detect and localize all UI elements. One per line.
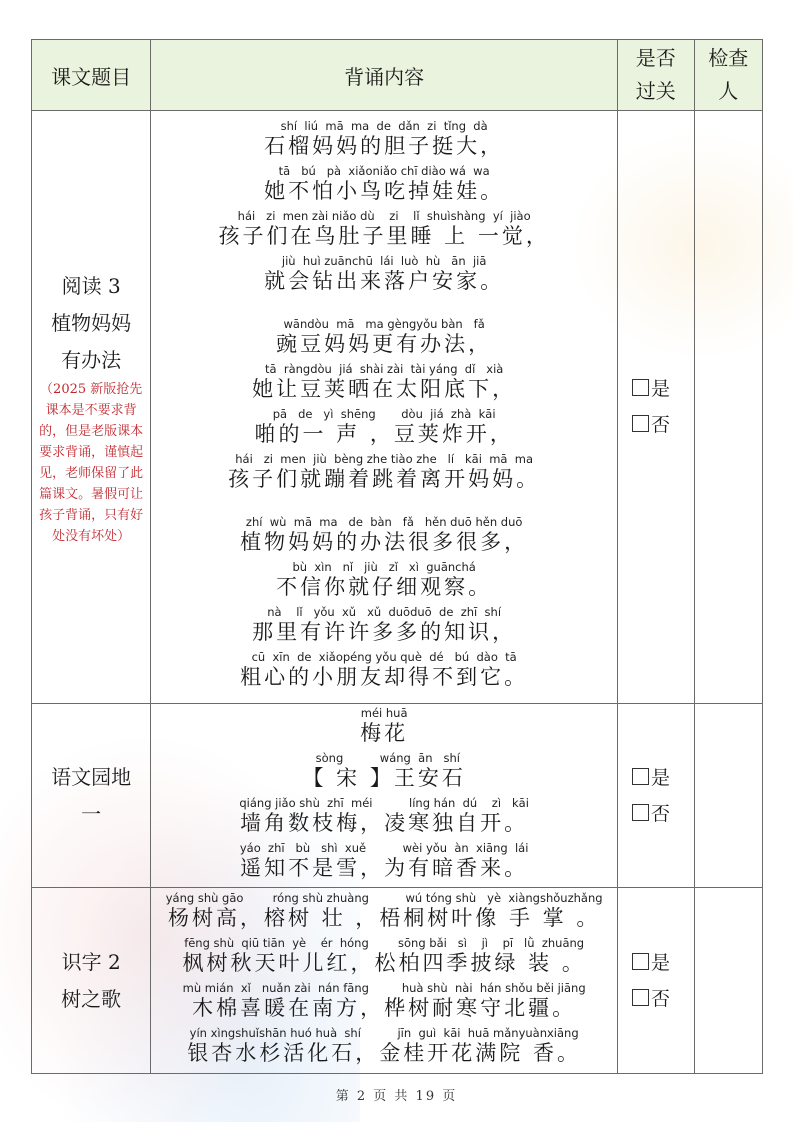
pinyin-line: wāndòu mā ma gèngyǒu bàn fǎ — [151, 317, 617, 331]
checkbox-yes[interactable]: 是 — [618, 760, 694, 796]
text-line: 粗心的小朋友却得不到它。 — [151, 664, 617, 690]
pinyin-line: fēng shù qiū tiān yè ér hóng sōng bǎi sì… — [151, 936, 617, 950]
text-line: 就会钻出来落户安家。 — [151, 268, 617, 294]
lesson-title-line: 有办法 — [32, 342, 150, 379]
pinyin-line: pā de yì shēng dòu jiá zhà kāi — [151, 407, 617, 421]
pinyin-line: cū xīn de xiǎopéng yǒu què dé bú dào tā — [151, 650, 617, 664]
lesson-title-line: 一 — [32, 796, 150, 833]
pinyin-line: zhí wù mā ma de bàn fǎ hěn duō hěn duō — [151, 515, 617, 529]
text-line: 银杏水杉活化石，金桂开花满院 香。 — [151, 1040, 617, 1066]
checkbox-yes[interactable]: 是 — [618, 945, 694, 981]
table-header-row: 课文题目 背诵内容 是否 过关 检查 人 — [32, 40, 763, 111]
recitation-content: yáng shù gāo róng shù zhuàng wú tóng shù… — [151, 888, 618, 1074]
lesson-title-line: 阅读 3 — [32, 268, 150, 305]
text-line: 木棉喜暖在南方，桦树耐寒守北疆。 — [151, 995, 617, 1021]
table-row: 阅读 3 植物妈妈 有办法 （2025 新版抢先课本是不要求背的，但是老版课本要… — [32, 111, 763, 704]
poem-title: 梅花 — [151, 720, 617, 746]
lesson-title-cell: 语文园地 一 — [32, 704, 151, 888]
text-line: 石榴妈妈的胆子挺大， — [151, 133, 617, 159]
lesson-title-cell: 识字 2 树之歌 — [32, 888, 151, 1074]
checkbox-icon[interactable] — [632, 379, 649, 396]
pinyin-line: méi huā — [151, 706, 617, 720]
pinyin-line: shí liú mā ma de dǎn zi tǐng dà — [151, 119, 617, 133]
text-line: 枫树秋天叶儿红，松柏四季披绿 装 。 — [151, 950, 617, 976]
poem-author: 【 宋 】王安石 — [151, 765, 617, 791]
text-line: 孩子们就蹦着跳着离开妈妈。 — [151, 466, 617, 492]
pinyin-line: qiáng jiǎo shù zhī méi líng hán dú zì kā… — [151, 796, 617, 810]
text-line: 孩子们在鸟肚子里睡 上 一觉， — [151, 223, 617, 249]
table-row: 语文园地 一 méi huā 梅花 sòng wáng ān shí 【 宋 】… — [32, 704, 763, 888]
text-line: 豌豆妈妈更有办法， — [151, 331, 617, 357]
pinyin-line: sòng wáng ān shí — [151, 751, 617, 765]
lesson-title-line: 植物妈妈 — [32, 305, 150, 342]
lesson-note: （2025 新版抢先课本是不要求背的，但是老版课本要求背诵，谨慎起见，老师保留了… — [32, 379, 150, 547]
header-checker-line1: 检查 — [695, 42, 763, 75]
pinyin-line: yáng shù gāo róng shù zhuàng wú tóng shù… — [151, 891, 617, 905]
text-line: 那里有许许多多的知识， — [151, 619, 617, 645]
header-passed-line2: 过关 — [618, 75, 694, 108]
pinyin-line: tā bú pà xiǎoniǎo chī diào wá wa — [151, 164, 617, 178]
recitation-content: shí liú mā ma de dǎn zi tǐng dà 石榴妈妈的胆子挺… — [151, 111, 618, 704]
header-checker: 检查 人 — [694, 40, 763, 111]
header-passed-line1: 是否 — [618, 42, 694, 75]
checkbox-icon[interactable] — [632, 953, 649, 970]
pass-check-cell: 是 否 — [617, 888, 694, 1074]
pinyin-line: hái zi men jiù bèng zhe tiào zhe lí kāi … — [151, 452, 617, 466]
pinyin-line: bù xìn nǐ jiù zǐ xì guānchá — [151, 560, 617, 574]
lesson-title-cell: 阅读 3 植物妈妈 有办法 （2025 新版抢先课本是不要求背的，但是老版课本要… — [32, 111, 151, 704]
recitation-content: méi huā 梅花 sòng wáng ān shí 【 宋 】王安石 qiá… — [151, 704, 618, 888]
checkbox-no-label: 否 — [651, 414, 670, 436]
text-line: 啪的一 声 ，豆荚炸开， — [151, 421, 617, 447]
checkbox-icon[interactable] — [632, 415, 649, 432]
checker-cell[interactable] — [694, 888, 763, 1074]
header-content: 背诵内容 — [151, 40, 618, 111]
pinyin-line: nà lǐ yǒu xǔ xǔ duōduō de zhī shí — [151, 605, 617, 619]
checkbox-yes-label: 是 — [651, 767, 670, 789]
pinyin-line: jiù huì zuānchū lái luò hù ān jiā — [151, 254, 617, 268]
text-line: 她让豆荚晒在太阳底下， — [151, 376, 617, 402]
text-line: 杨树高，榕树 壮 ，梧桐树叶像 手 掌 。 — [151, 905, 617, 931]
checker-cell[interactable] — [694, 111, 763, 704]
checkbox-no-label: 否 — [651, 988, 670, 1010]
lesson-title-line: 识字 2 — [32, 944, 150, 981]
pinyin-line: yáo zhī bù shì xuě wèi yǒu àn xiāng lái — [151, 841, 617, 855]
text-line: 植物妈妈的办法很多很多， — [151, 529, 617, 555]
checker-cell[interactable] — [694, 704, 763, 888]
stanza: zhí wù mā ma de bàn fǎ hěn duō hěn duō 植… — [151, 515, 617, 690]
checkbox-no-label: 否 — [651, 803, 670, 825]
pinyin-line: mù mián xǐ nuǎn zài nán fāng huà shù nài… — [151, 981, 617, 995]
header-checker-line2: 人 — [695, 75, 763, 108]
checkbox-yes[interactable]: 是 — [618, 371, 694, 407]
pinyin-line: tā ràngdòu jiá shài zài tài yáng dǐ xià — [151, 362, 617, 376]
lesson-title-line: 语文园地 — [32, 759, 150, 796]
checkbox-no[interactable]: 否 — [618, 407, 694, 443]
checkbox-yes-label: 是 — [651, 952, 670, 974]
text-line: 墙角数枝梅，凌寒独自开。 — [151, 810, 617, 836]
lesson-title-line: 树之歌 — [32, 981, 150, 1018]
checkbox-icon[interactable] — [632, 989, 649, 1006]
checkbox-no[interactable]: 否 — [618, 981, 694, 1017]
checkbox-yes-label: 是 — [651, 378, 670, 400]
page-number: 第 2 页 共 19 页 — [0, 1085, 793, 1104]
pinyin-line: hái zi men zài niǎo dù zi lǐ shuìshàng y… — [151, 209, 617, 223]
text-line: 不信你就仔细观察。 — [151, 574, 617, 600]
stanza: shí liú mā ma de dǎn zi tǐng dà 石榴妈妈的胆子挺… — [151, 119, 617, 294]
pass-check-cell: 是 否 — [617, 704, 694, 888]
pinyin-line: yín xìngshuǐshān huó huà shí jīn guì kāi… — [151, 1026, 617, 1040]
text-line: 遥知不是雪，为有暗香来。 — [151, 855, 617, 881]
stanza: wāndòu mā ma gèngyǒu bàn fǎ 豌豆妈妈更有办法， tā… — [151, 317, 617, 492]
header-title: 课文题目 — [32, 40, 151, 111]
table-row: 识字 2 树之歌 yáng shù gāo róng shù zhuàng wú… — [32, 888, 763, 1074]
checkbox-no[interactable]: 否 — [618, 796, 694, 832]
header-passed: 是否 过关 — [617, 40, 694, 111]
checkbox-icon[interactable] — [632, 804, 649, 821]
checkbox-icon[interactable] — [632, 768, 649, 785]
pass-check-cell: 是 否 — [617, 111, 694, 704]
recitation-table: 课文题目 背诵内容 是否 过关 检查 人 阅读 3 植物妈妈 有办法 （2025… — [31, 39, 763, 1074]
text-line: 她不怕小鸟吃掉娃娃。 — [151, 178, 617, 204]
